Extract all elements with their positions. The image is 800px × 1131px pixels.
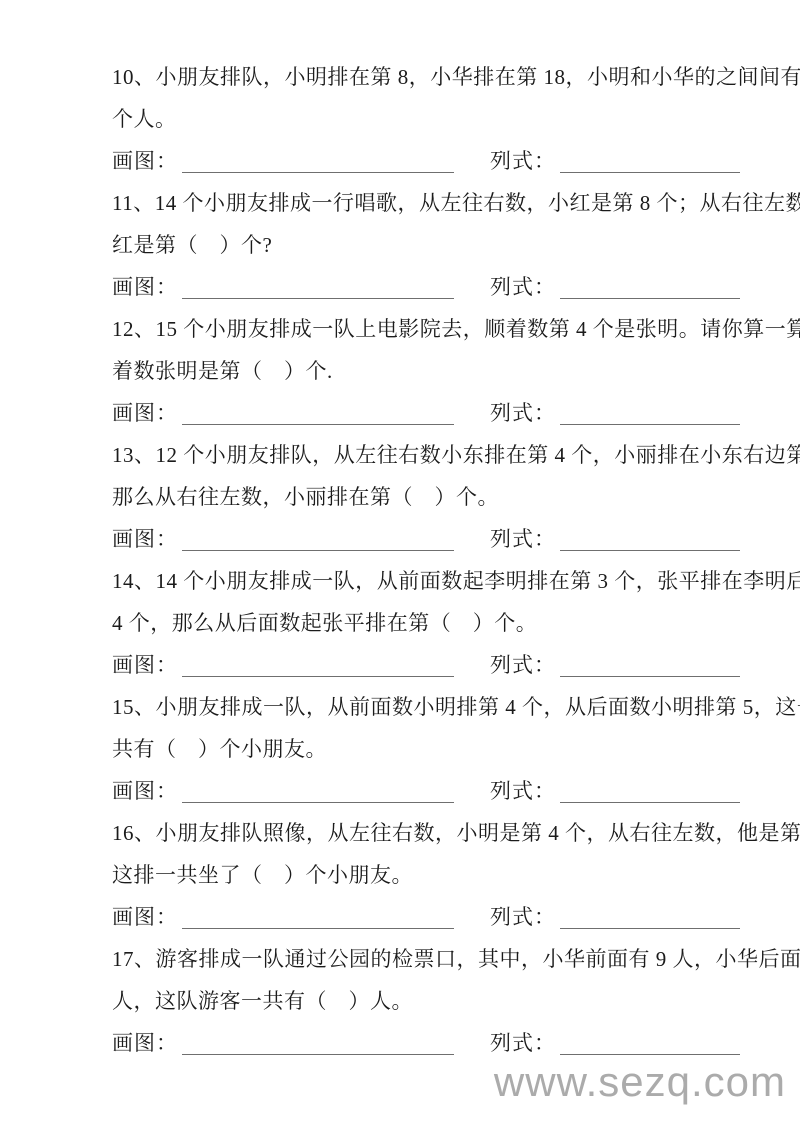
problem-17: 17、游客排成一队通过公园的检票口，其中，小华前面有 9 人，小华后面有 6 人… xyxy=(112,938,780,1064)
problem-13-answer-row: 画图：列式： xyxy=(112,518,780,560)
formula-label: 列式： xyxy=(490,527,556,551)
problem-10-answer-row: 画图：列式： xyxy=(112,140,780,182)
problem-14-line-2: 4 个，那么从后面数起张平排在第（ ）个。 xyxy=(112,602,780,644)
worksheet-page: { "labels": { "draw": "画图：", "formula": … xyxy=(0,0,800,1131)
draw-blank-line xyxy=(182,908,454,929)
formula-label: 列式： xyxy=(490,401,556,425)
problem-16: 16、小朋友排队照像，从左往右数，小明是第 4 个，从右往左数，他是第 8 个。… xyxy=(112,812,780,938)
draw-label: 画图： xyxy=(112,275,178,299)
draw-blank-line xyxy=(182,1034,454,1055)
formula-blank-line xyxy=(560,404,740,425)
formula-label: 列式： xyxy=(490,779,556,803)
problem-12-answer-row: 画图：列式： xyxy=(112,392,780,434)
problem-11-answer-row: 画图：列式： xyxy=(112,266,780,308)
formula-blank-line xyxy=(560,1034,740,1055)
formula-blank-line xyxy=(560,530,740,551)
draw-blank-line xyxy=(182,404,454,425)
draw-label: 画图： xyxy=(112,527,178,551)
draw-blank-line xyxy=(182,278,454,299)
draw-label: 画图： xyxy=(112,401,178,425)
formula-label: 列式： xyxy=(490,905,556,929)
problem-14: 14、14 个小朋友排成一队，从前面数起李明排在第 3 个，张平排在李明后面第 … xyxy=(112,560,780,686)
problem-10: 10、小朋友排队，小明排在第 8，小华排在第 18，小明和小华的之间间有（ ） … xyxy=(112,56,780,182)
problem-10-line-2: 个人。 xyxy=(112,98,780,140)
draw-blank-line xyxy=(182,530,454,551)
problem-12: 12、15 个小朋友排成一队上电影院去，顺着数第 4 个是张明。请你算一算，倒 … xyxy=(112,308,780,434)
problem-17-line-2: 人，这队游客一共有（ ）人。 xyxy=(112,980,780,1022)
draw-label: 画图： xyxy=(112,1031,178,1055)
problem-15-line-2: 共有（ ）个小朋友。 xyxy=(112,728,780,770)
problem-13-line-1: 13、12 个小朋友排队，从左往右数小东排在第 4 个，小丽排在小东右边第 3 … xyxy=(112,434,780,476)
draw-label: 画图： xyxy=(112,779,178,803)
problem-12-line-2: 着数张明是第（ ）个. xyxy=(112,350,780,392)
draw-label: 画图： xyxy=(112,905,178,929)
formula-label: 列式： xyxy=(490,149,556,173)
formula-label: 列式： xyxy=(490,275,556,299)
draw-blank-line xyxy=(182,782,454,803)
formula-label: 列式： xyxy=(490,653,556,677)
draw-label: 画图： xyxy=(112,653,178,677)
formula-blank-line xyxy=(560,656,740,677)
formula-blank-line xyxy=(560,782,740,803)
problem-13-line-2: 那么从右往左数，小丽排在第（ ）个。 xyxy=(112,476,780,518)
formula-label: 列式： xyxy=(490,1031,556,1055)
problem-16-line-1: 16、小朋友排队照像，从左往右数，小明是第 4 个，从右往左数，他是第 8 个。 xyxy=(112,812,780,854)
problem-17-line-1: 17、游客排成一队通过公园的检票口，其中，小华前面有 9 人，小华后面有 6 xyxy=(112,938,780,980)
problem-15: 15、小朋友排成一队，从前面数小明排第 4 个，从后面数小明排第 5，这一队一 … xyxy=(112,686,780,812)
problem-11-line-1: 11、14 个小朋友排成一行唱歌，从左往右数，小红是第 8 个；从右往左数， xyxy=(112,182,780,224)
draw-blank-line xyxy=(182,152,454,173)
watermark: www.sezq.com xyxy=(494,1058,786,1106)
formula-blank-line xyxy=(560,152,740,173)
draw-blank-line xyxy=(182,656,454,677)
draw-label: 画图： xyxy=(112,149,178,173)
problem-14-line-1: 14、14 个小朋友排成一队，从前面数起李明排在第 3 个，张平排在李明后面第 xyxy=(112,560,780,602)
formula-blank-line xyxy=(560,278,740,299)
formula-blank-line xyxy=(560,908,740,929)
problem-11: 11、14 个小朋友排成一行唱歌，从左往右数，小红是第 8 个；从右往左数， 红… xyxy=(112,182,780,308)
problem-15-line-1: 15、小朋友排成一队，从前面数小明排第 4 个，从后面数小明排第 5，这一队一 xyxy=(112,686,780,728)
problem-16-line-2: 这排一共坐了（ ）个小朋友。 xyxy=(112,854,780,896)
problem-11-line-2: 红是第（ ）个? xyxy=(112,224,780,266)
worksheet-content: 10、小朋友排队，小明排在第 8，小华排在第 18，小明和小华的之间间有（ ） … xyxy=(0,0,800,1064)
problem-10-line-1: 10、小朋友排队，小明排在第 8，小华排在第 18，小明和小华的之间间有（ ） xyxy=(112,56,780,98)
problem-16-answer-row: 画图：列式： xyxy=(112,896,780,938)
problem-12-line-1: 12、15 个小朋友排成一队上电影院去，顺着数第 4 个是张明。请你算一算，倒 xyxy=(112,308,780,350)
problem-15-answer-row: 画图：列式： xyxy=(112,770,780,812)
problem-13: 13、12 个小朋友排队，从左往右数小东排在第 4 个，小丽排在小东右边第 3 … xyxy=(112,434,780,560)
problem-14-answer-row: 画图：列式： xyxy=(112,644,780,686)
